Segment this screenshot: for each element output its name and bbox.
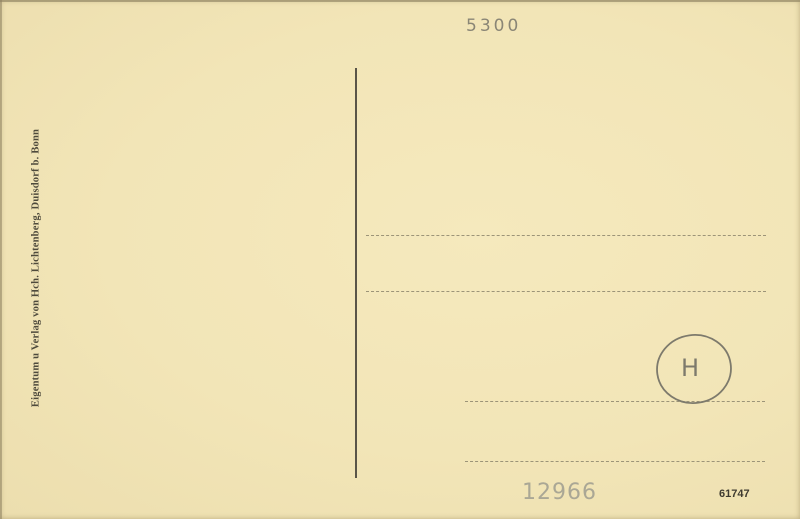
publisher-imprint: Eigentum u Verlag von Hch. Lichtenberg, … (31, 129, 42, 407)
address-line-4 (465, 461, 765, 462)
pencil-price-note: 5300 (466, 16, 521, 36)
card-edge-left (0, 0, 2, 519)
serial-number: 61747 (719, 488, 750, 500)
card-edge-top (0, 0, 800, 2)
circled-letter: H (681, 354, 699, 382)
postcard-back: 5300 Eigentum u Verlag von Hch. Lichtenb… (0, 0, 800, 519)
address-line-2 (366, 291, 766, 292)
pencil-inventory-number: 12966 (522, 480, 597, 505)
center-divider-line (355, 68, 357, 478)
circled-letter-mark: H (655, 332, 733, 406)
address-line-1 (366, 235, 766, 236)
